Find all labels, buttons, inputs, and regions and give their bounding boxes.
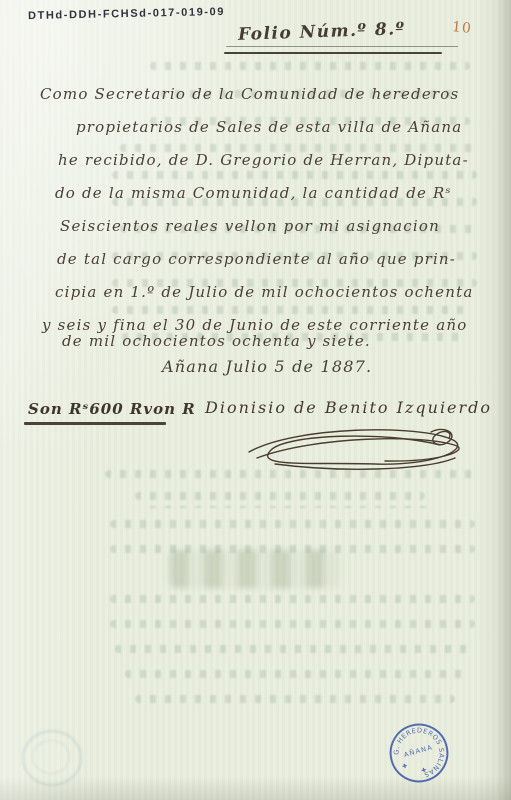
faint-oval-stamp (22, 730, 82, 786)
body-line: de mil ochocientos ochenta y siete. (62, 332, 371, 350)
archival-code: DTHd-DDH-FCHSd-017-019-09 (28, 6, 225, 22)
archive-round-stamp: G. HEREDEROS SALINAS AÑANA ✚ ✚ (378, 712, 460, 794)
bleed-through-line (135, 695, 455, 703)
stamp-dagger-icon: ✚ (401, 762, 408, 770)
bleed-through-line (125, 670, 465, 678)
body-line: propietarios de Sales de esta villa de A… (76, 118, 462, 136)
signature-flourish (235, 418, 470, 480)
stamp-center-text: AÑANA (403, 742, 434, 759)
folio-underline-thin (226, 46, 458, 47)
manuscript-page: DTHd-DDH-FCHSd-017-019-09 Folio Núm.º 8.… (0, 0, 511, 800)
stamp-cross-icon: ✚ (421, 767, 428, 775)
bleed-through-line (135, 492, 425, 500)
amount-underline (24, 422, 166, 425)
amount-note: Son Rˢ600 Rvon R (28, 400, 196, 418)
body-line: do de la misma Comunidad, la cantidad de… (55, 184, 452, 202)
bleed-through-line (115, 645, 470, 653)
body-line: cipia en 1.º de Julio de mil ochocientos… (55, 283, 473, 301)
body-line: Como Secretario de la Comunidad de hered… (40, 85, 459, 103)
body-line: he recibido, de D. Gregorio de Herran, D… (58, 151, 469, 169)
bleed-through-line (112, 306, 472, 314)
bleed-through-line (150, 506, 430, 508)
page-number: 10 (451, 19, 472, 37)
folio-underline-thick (224, 52, 442, 54)
bleed-through-line (110, 520, 475, 528)
bleed-through-line (150, 62, 470, 70)
folio-heading: Folio Núm.º 8.º (238, 19, 406, 45)
date-line: Añana Julio 5 de 1887. (162, 357, 372, 376)
bleed-through-line (110, 620, 475, 628)
bleed-through-block (170, 550, 340, 588)
bleed-through-line (112, 171, 477, 179)
faint-oval-stamp-inner (32, 740, 70, 774)
body-line: de tal cargo correspondiente al año que … (57, 250, 456, 268)
bleed-through-line (110, 595, 475, 603)
signature: Dionisio de Benito Izquierdo (205, 398, 492, 417)
body-line: Seiscientos reales vellon por mi asignac… (60, 217, 440, 235)
